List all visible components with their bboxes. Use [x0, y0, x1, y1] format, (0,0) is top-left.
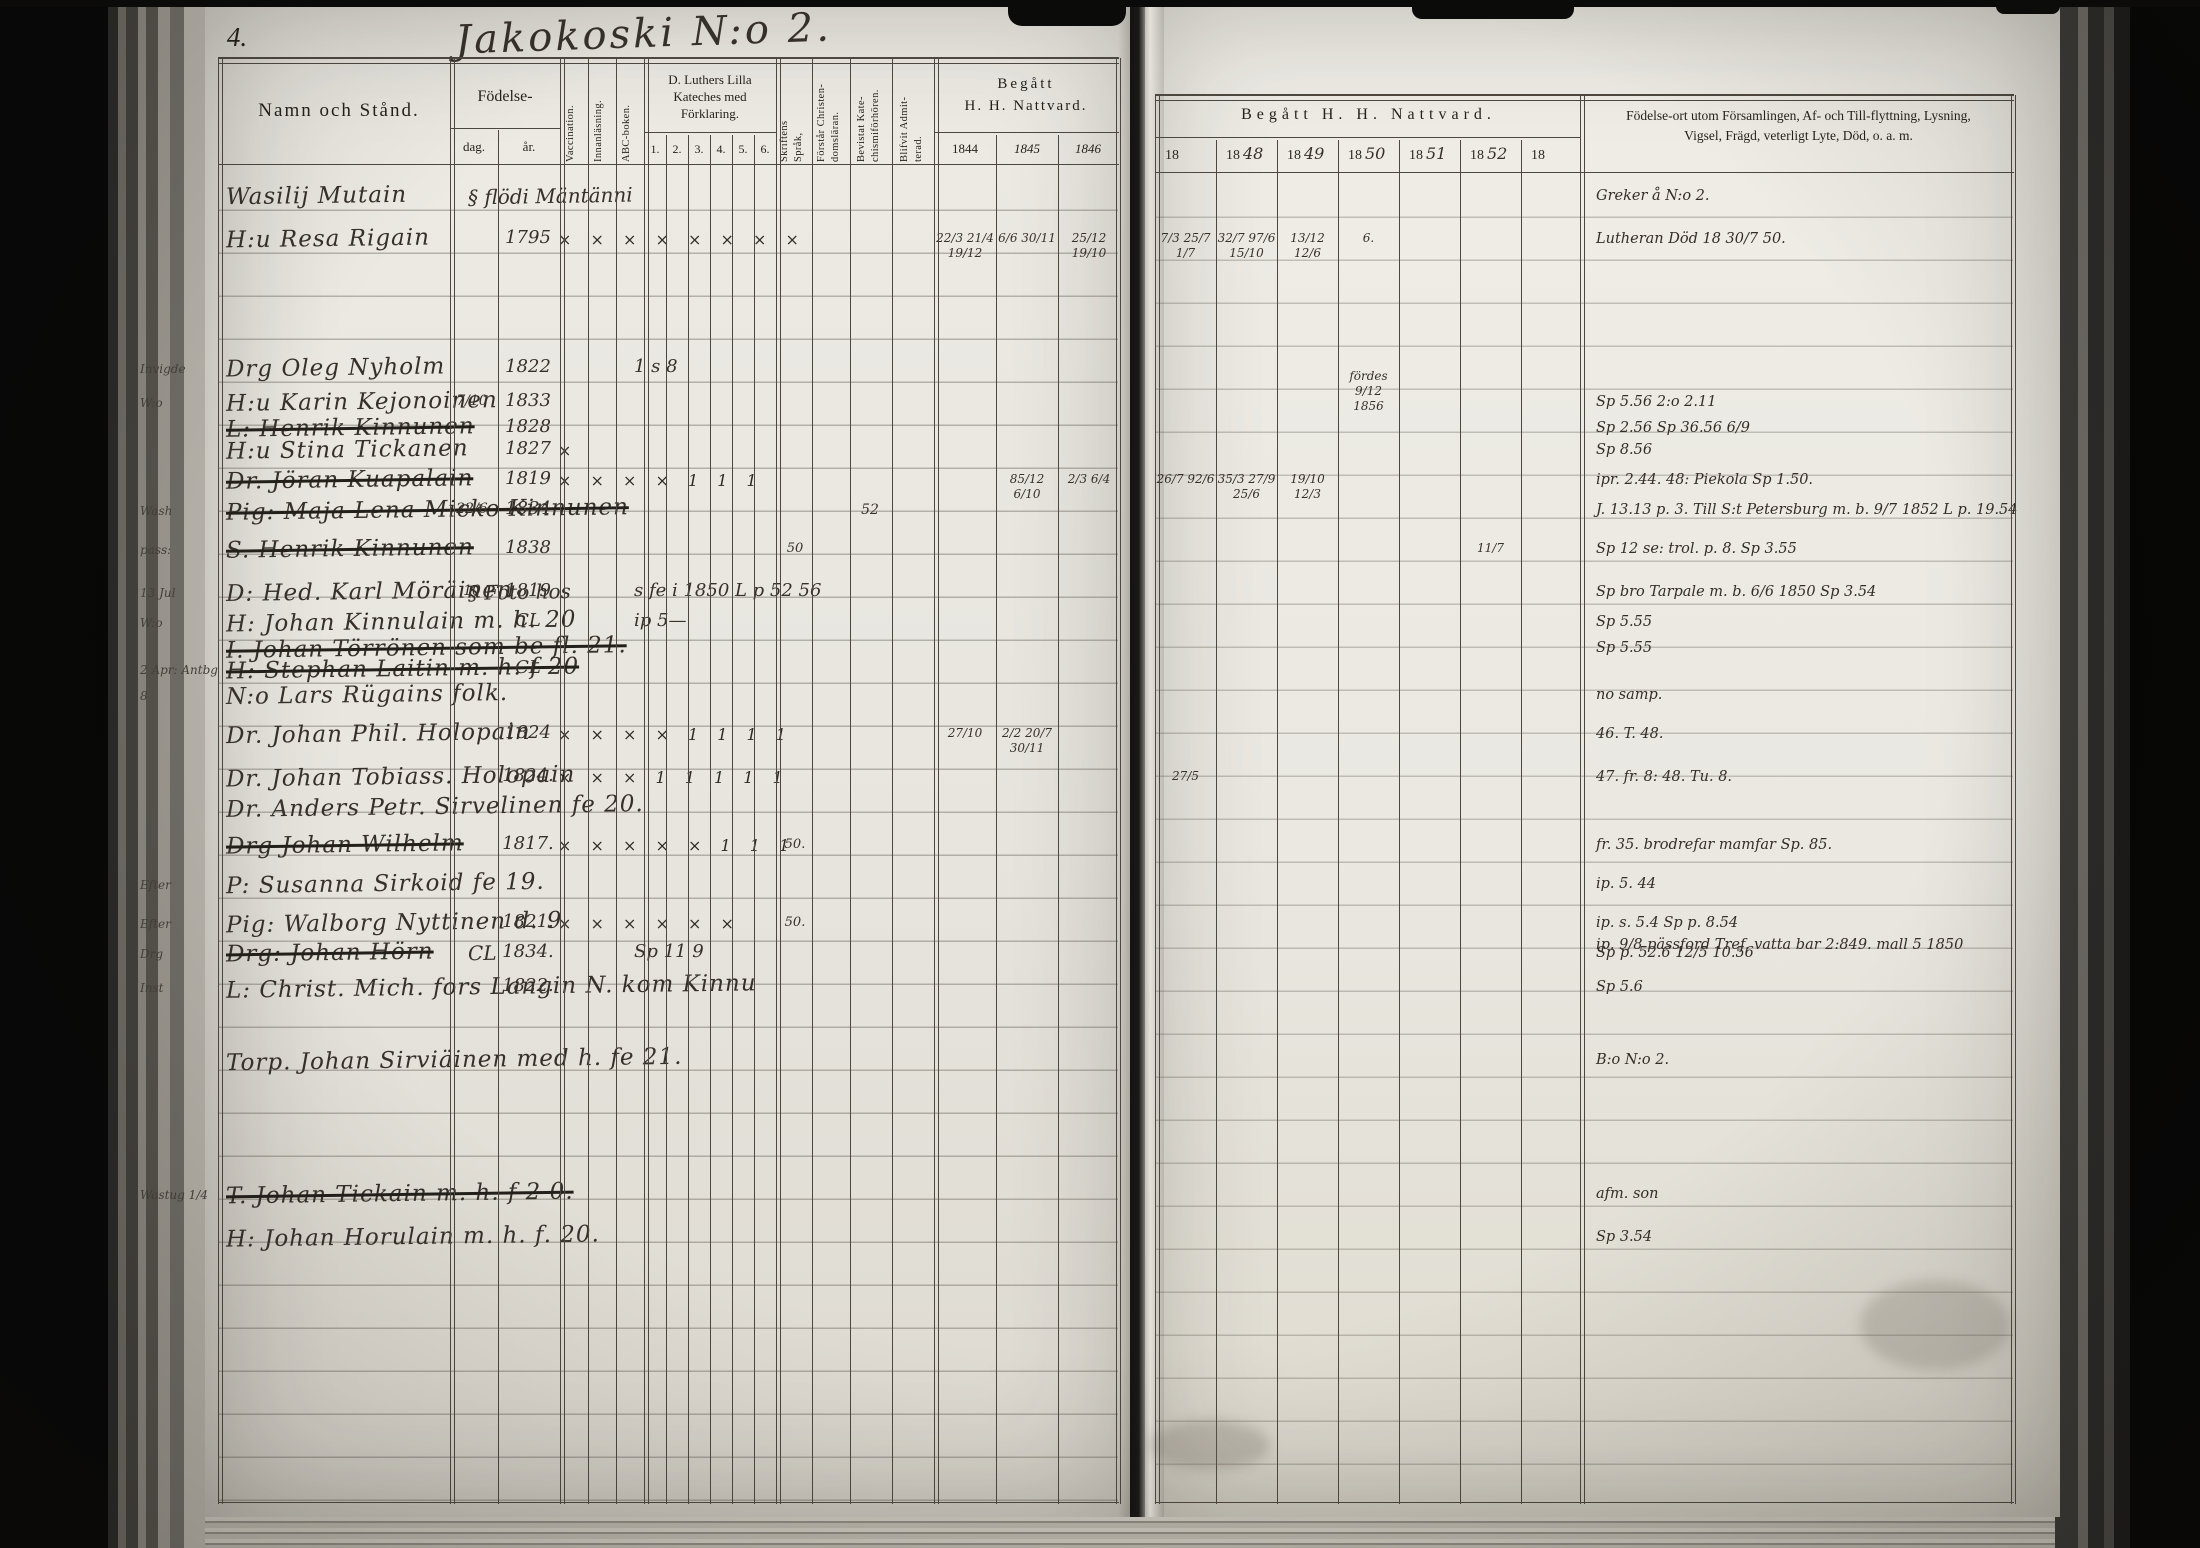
table-column-line — [732, 135, 733, 1504]
entry-name: Dr. Anders Petr. Sirvelinen fe 20. — [226, 793, 644, 822]
entry-note: afm. son — [1596, 1187, 1659, 1202]
table-column-line — [1338, 140, 1339, 1504]
column-header-birth: Födelse- — [450, 88, 560, 106]
column-header-communion-left: H. H. Nattvard. — [934, 98, 1118, 115]
column-header-attended: Bevistat Kate- — [856, 62, 867, 162]
entry-birth-day: 22/6 — [448, 502, 496, 516]
book-left-edge — [0, 0, 205, 1548]
table-column-line — [776, 58, 781, 1504]
entry-name: Drg Oleg Nyholm — [226, 355, 446, 381]
table-row-line — [1155, 94, 2014, 101]
table-column-line — [996, 135, 997, 1504]
year-cell: 1848 — [1226, 146, 1276, 164]
entry-name: H: Johan Horulain m. h. f. 20. — [226, 1223, 600, 1251]
entry-note: Greker å N:o 2. — [1596, 189, 1710, 204]
table-column-line — [2011, 95, 2016, 1504]
entry-birth-year: 1838 — [498, 539, 558, 557]
year-cell: 18 — [1165, 146, 1215, 164]
entry-note: Lutheran Död 18 30/7 50. — [1596, 232, 1786, 247]
torn-edge-blob — [1996, 0, 2060, 14]
table-row-line — [1155, 172, 2014, 173]
table-column-line — [688, 135, 689, 1504]
margin-note: 8 — [140, 690, 148, 702]
entry-birth-year: 1824. — [498, 767, 558, 785]
entry-note: no samp. — [1596, 688, 1662, 703]
entry-note: ip. s. 5.4 Sp p. 8.54 — [1596, 916, 1738, 931]
entry-note: Sp 5.56 2:o 2.11 — [1596, 395, 1716, 410]
column-header-understands: Förstår Christen- — [816, 62, 827, 162]
table-row-line — [934, 132, 1119, 133]
table-row-line — [1155, 1502, 2014, 1503]
margin-note: Efter — [140, 918, 171, 930]
catechism-subcolumn-number: 2. — [666, 142, 688, 157]
year-handwritten: 52 — [1487, 144, 1507, 163]
table-column-line — [934, 58, 939, 1504]
communion-mark-left: 2/3 6/4 — [1058, 472, 1120, 487]
column-header-notes: Födelse-ort utom Församlingen, Af- och T… — [1584, 108, 2013, 124]
column-header-notes: Vigsel, Frägd, veterligt Lyte, Död, o. a… — [1584, 128, 2013, 144]
entry-birth-year: 1795 — [498, 229, 558, 247]
year-cell: 1852 — [1470, 146, 1520, 164]
column-header-birth-year: år. — [500, 139, 558, 155]
script-language-mark: 50 — [778, 542, 812, 555]
column-header-catechism: Förklaring. — [644, 106, 776, 122]
column-header-communion-right: Begått H. H. Nattvard. — [1155, 106, 1582, 124]
column-header-understands: domsläran. — [830, 62, 841, 162]
scanned-parish-register: 4. Jakokoski N:o 2. Namn och Stånd. Föde… — [0, 0, 2200, 1548]
entry-name: Drg Johan Wilhelm — [226, 833, 464, 859]
catechism-subcolumn-number: 4. — [710, 142, 732, 157]
table-column-line — [754, 135, 755, 1504]
catechism-note: ip 5— — [634, 612, 686, 630]
entry-note: Sp 5.6 — [1596, 980, 1643, 995]
entry-birth-year: 1817. — [498, 835, 558, 853]
entry-birth-year: 1834. — [498, 943, 558, 961]
year-printed: 18 — [1287, 148, 1301, 163]
entry-name: Wasilij Mutain — [226, 184, 407, 210]
margin-note: Wastug 1/4 — [140, 1189, 208, 1201]
year-printed: 18 — [1226, 148, 1240, 163]
entry-birth-year: 1828 — [498, 418, 558, 436]
entry-birth-year: 1821. — [498, 913, 558, 931]
catechism-note: 1 s 8 — [634, 358, 678, 376]
table-row-line — [218, 1502, 1119, 1503]
table-row-line — [644, 132, 776, 133]
communion-mark-right: 7/3 25/7 1/7 — [1155, 231, 1216, 261]
year-cell: 1849 — [1287, 146, 1337, 164]
communion-year: 1844 — [934, 141, 996, 157]
table-row-line — [218, 164, 1119, 165]
table-column-line — [1058, 135, 1059, 1504]
communion-mark-right: 35/3 27/9 25/6 — [1216, 472, 1277, 502]
column-header-name: Namn och Stånd. — [228, 100, 450, 122]
entry-note: Sp 12 se: trol. p. 8. Sp 3.55 — [1596, 542, 1797, 557]
attended-mark: 52 — [848, 503, 892, 517]
year-printed: 18 — [1531, 148, 1545, 163]
table-column-line — [644, 58, 649, 1504]
book-right-edge — [2055, 0, 2200, 1548]
entry-name: N:o Lars Rügains folk. — [226, 682, 508, 709]
margin-note: 2 Apr: Antbg — [140, 664, 218, 676]
column-header-birth-day: dag. — [450, 139, 498, 155]
table-row-line — [1155, 137, 1580, 138]
entry-birth-year: 1822 — [498, 358, 558, 376]
entry-birth-year: CL — [498, 612, 558, 630]
column-header-communion-left: Begått — [934, 76, 1118, 93]
column-header-attended: chismiförhören. — [870, 62, 881, 162]
margin-note: Drg — [140, 948, 163, 960]
year-cell: 1851 — [1409, 146, 1459, 164]
entry-birth-year: 1834 — [498, 500, 558, 518]
margin-note: 13 Jul — [140, 587, 175, 599]
table-column-line — [892, 58, 893, 1504]
entry-note: B:o N:o 2. — [1596, 1053, 1669, 1068]
year-printed: 18 — [1409, 148, 1423, 163]
entry-note: Sp 5.55 — [1596, 615, 1652, 630]
year-handwritten: 49 — [1304, 144, 1324, 163]
margin-note: Inst — [140, 982, 163, 994]
entry-birth-year: 1819 — [498, 582, 558, 600]
margin-note: Wash — [140, 505, 172, 517]
entry-note: Sp p. 52.6 12/5 10.56 — [1596, 946, 1754, 961]
entry-note: Sp 3.54 — [1596, 1230, 1652, 1245]
entry-note: Sp 5.55 — [1596, 641, 1652, 656]
year-printed: 18 — [1470, 148, 1484, 163]
column-header-admitted: terad. — [913, 62, 924, 162]
entry-note: ipr. 2.44. 48: Piekola Sp 1.50. — [1596, 473, 1813, 488]
entry-birth-day: 10 — [448, 584, 496, 598]
table-column-line — [560, 58, 565, 1504]
communion-year: 1845 — [996, 141, 1058, 157]
year-handwritten: 51 — [1426, 144, 1446, 163]
catechism-marks: × × × × × × — [558, 916, 741, 932]
year-printed: 18 — [1165, 148, 1179, 163]
table-column-line — [498, 130, 499, 1504]
table-column-line — [1460, 140, 1461, 1504]
catechism-subcolumn-number: 6. — [754, 142, 776, 157]
communion-mark-left: 2/2 20/7 30/11 — [996, 726, 1058, 756]
entry-birth-year: 1822. — [498, 977, 558, 995]
column-header-admitted: Blifvit Admit- — [899, 62, 910, 162]
entry-name: Drg: Johan Hörn — [226, 940, 434, 966]
entry-birth-year: 1833 — [498, 392, 558, 410]
column-header-vaccination: Vaccination. — [565, 62, 576, 162]
catechism-subcolumn-number: 5. — [732, 142, 754, 157]
entry-birth-year: 1827 — [498, 440, 558, 458]
communion-mark-left: 22/3 21/4 19/12 — [934, 231, 996, 261]
margin-note: Efter — [140, 879, 171, 891]
entry-note: Sp bro Tarpale m. b. 6/6 1850 Sp 3.54 — [1596, 585, 1876, 600]
column-header-catechism: Kateches med — [644, 89, 776, 105]
table-column-line — [588, 58, 589, 1504]
entry-note: ip. 5. 44 — [1596, 877, 1656, 892]
margin-note: pass: — [140, 544, 171, 556]
communion-mark-right: 19/10 12/3 — [1277, 472, 1338, 502]
margin-note: W:o — [140, 617, 163, 629]
torn-edge-blob — [1008, 0, 1126, 26]
communion-mark-right: 27/5 — [1155, 769, 1216, 784]
communion-year: 1846 — [1058, 141, 1118, 157]
margin-note: W:o — [140, 397, 163, 409]
table-column-line — [1521, 140, 1522, 1504]
catechism-marks: × × × × × × × × — [558, 232, 806, 248]
table-column-line — [218, 58, 223, 1504]
year-cell: 1850 — [1348, 146, 1398, 164]
margin-note: Invigde — [140, 363, 186, 375]
communion-mark-right: 11/7 — [1460, 541, 1521, 556]
column-header-reading: Innanläsning. — [593, 62, 604, 162]
communion-mark-left: 25/12 19/10 — [1058, 231, 1120, 261]
entry-name: S. Henrik Kinnunen — [226, 536, 474, 562]
table-column-line — [1116, 58, 1121, 1504]
entry-note: J. 13.13 p. 3. Till S:t Petersburg m. b.… — [1596, 503, 2018, 518]
torn-edge-blob — [1412, 0, 1574, 19]
entry-birth-year: 1819 — [498, 470, 558, 488]
table-column-line — [616, 58, 617, 1504]
communion-mark-right: 26/7 92/6 — [1155, 472, 1216, 487]
entry-name: Dr. Jöran Kuapalain — [226, 467, 474, 493]
communion-mark-left: 27/10 — [934, 726, 996, 741]
communion-mark-left: 6/6 30/11 — [996, 231, 1058, 246]
communion-mark-right: 6. — [1338, 231, 1399, 246]
catechism-subcolumn-number: 3. — [688, 142, 710, 157]
column-header-catechism: D. Luthers Lilla — [644, 72, 776, 88]
entry-name: H:u Resa Rigain — [226, 227, 430, 253]
year-handwritten: 48 — [1243, 144, 1263, 163]
communion-mark-left: 85/12 6/10 — [996, 472, 1058, 502]
entry-note: 46. T. 48. — [1596, 727, 1664, 742]
year-cell: 18 — [1531, 146, 1581, 164]
script-language-mark: 50. — [778, 916, 812, 929]
page-stack-bottom — [205, 1517, 2055, 1548]
communion-mark-right: 32/7 97/6 15/10 — [1216, 231, 1277, 261]
year-handwritten: 50 — [1365, 144, 1385, 163]
entry-note: fr. 35. brodrefar mamfar Sp. 85. — [1596, 838, 1832, 853]
page-number: 4. — [212, 22, 262, 53]
table-column-line — [710, 135, 711, 1504]
stain — [1150, 1420, 1270, 1470]
entry-birth-year: 1824 — [498, 724, 558, 742]
catechism-note: s fe i 1850 L p 52 56 — [634, 582, 821, 600]
table-column-line — [666, 135, 667, 1504]
entry-name: H:u Stina Tickanen — [226, 437, 469, 463]
table-row-line — [218, 57, 1119, 64]
entry-note: Sp 8.56 — [1596, 443, 1652, 458]
catechism-marks: × × × × 1 1 1 1 — [558, 727, 793, 743]
table-column-line — [1155, 95, 1160, 1504]
entry-name-extra: § flödi Mäntänni — [468, 185, 633, 208]
script-language-mark: 50. — [778, 838, 812, 851]
communion-mark-right: 13/12 12/6 — [1277, 231, 1338, 261]
entry-name: Pig: Maja Lena Micko Kinnunen — [226, 496, 629, 525]
column-header-abc-book: ABC-boken. — [621, 62, 632, 162]
column-header-script-language: Språk, — [793, 62, 804, 162]
table-column-line — [450, 58, 455, 1504]
table-column-line — [1216, 140, 1217, 1504]
table-column-line — [1277, 140, 1278, 1504]
entry-name: T. Johan Tickain m. h. f 2 0. — [226, 1180, 574, 1208]
table-column-line — [1399, 140, 1400, 1504]
year-printed: 18 — [1348, 148, 1362, 163]
communion-mark-right: fördes 9/12 1856 — [1338, 369, 1399, 414]
entry-note: 47. fr. 8: 48. Tu. 8. — [1596, 770, 1732, 785]
table-column-line — [812, 58, 813, 1504]
catechism-marks: × × × × × 1 1 1 — [558, 838, 796, 854]
entry-note: Sp 2.56 Sp 36.56 6/9 — [1596, 421, 1750, 436]
entry-name: Dr. Johan Phil. Holopain — [226, 720, 531, 747]
stain — [1860, 1280, 2010, 1370]
table-row-line — [450, 128, 560, 129]
entry-name-extra: CL — [468, 943, 497, 963]
table-column-line — [850, 58, 851, 1504]
entry-birth-year: CL — [498, 659, 558, 677]
table-column-line — [1580, 95, 1585, 1504]
entry-birth-day: 7/10 — [448, 394, 496, 408]
